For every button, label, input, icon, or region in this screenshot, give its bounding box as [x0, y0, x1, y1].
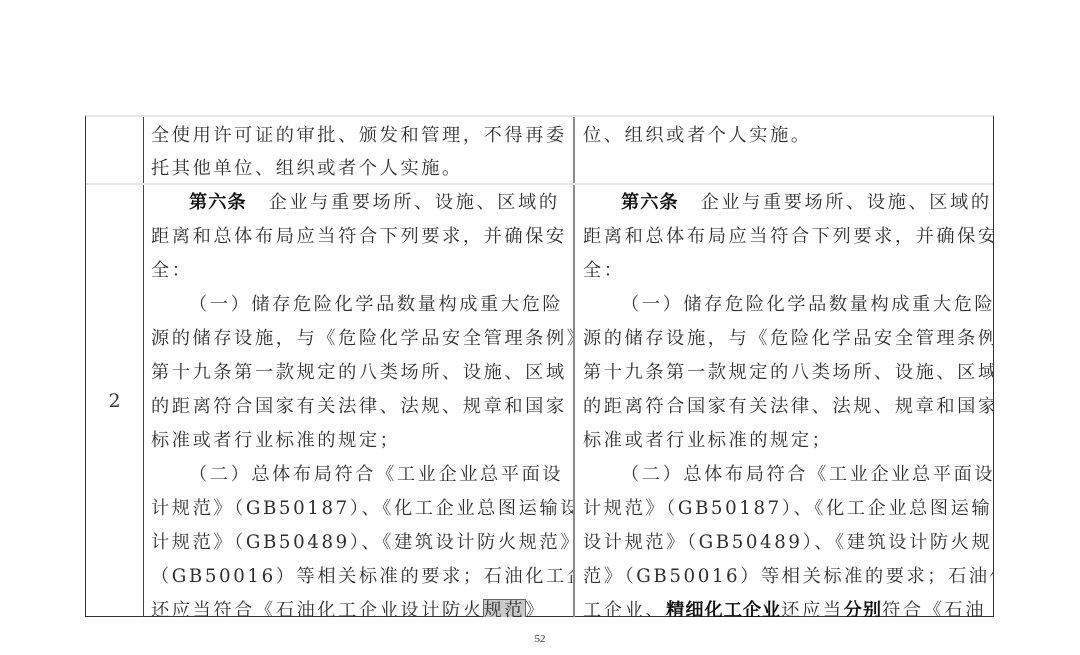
row-number: 2: [108, 390, 120, 412]
text-line: 的距离符合国家有关法律、法规、规章和国家: [151, 390, 567, 424]
comparison-table: 全使用许可证的审批、颁发和管理，不得再委 托其他单位、组织或者个人实施。 位、组…: [85, 115, 994, 617]
table-row: 全使用许可证的审批、颁发和管理，不得再委 托其他单位、组织或者个人实施。 位、组…: [86, 117, 993, 185]
text-line: （二）总体布局符合《工业企业总平面设: [583, 458, 987, 492]
highlighted-text: 规范: [484, 600, 526, 617]
text-line: 第十九条第一款规定的八类场所、设施、区域: [583, 356, 987, 390]
text-line: 第十九条第一款规定的八类场所、设施、区域: [151, 356, 567, 390]
page-number: 52: [0, 633, 1080, 645]
text-line: 距离和总体布局应当符合下列要求，并确保安: [151, 220, 567, 254]
text-line: 全使用许可证的审批、颁发和管理，不得再委: [151, 119, 567, 152]
new-text-cell: 第六条企业与重要场所、设施、区域的 距离和总体布局应当符合下列要求，并确保安 全…: [575, 185, 993, 617]
text-line: （二）总体布局符合《工业企业总平面设: [151, 458, 567, 492]
text-line: 工企业、精细化工企业还应当分别符合《石油: [583, 594, 987, 617]
text-line: 标准或者行业标准的规定；: [583, 424, 987, 458]
text-line: （一）储存危险化学品数量构成重大危险: [583, 288, 987, 322]
text-line: 标准或者行业标准的规定；: [151, 424, 567, 458]
text-span: 》: [525, 600, 546, 617]
text-line: 位、组织或者个人实施。: [583, 119, 987, 152]
article-heading-line: 第六条企业与重要场所、设施、区域的: [583, 186, 987, 220]
text-line: 范》（GB50016）等相关标准的要求；石油化: [583, 560, 987, 594]
text-span: 还应当: [781, 600, 843, 617]
row-number-cell: 2: [86, 185, 144, 617]
old-text-cell: 第六条企业与重要场所、设施、区域的 距离和总体布局应当符合下列要求，并确保安 全…: [144, 185, 575, 617]
text-line: 的距离符合国家有关法律、法规、规章和国家: [583, 390, 987, 424]
text-line: 设计规范》（GB50489）、《建筑设计防火规: [583, 526, 987, 560]
text-span: 符合《石油: [882, 600, 986, 617]
text-line: （一）储存危险化学品数量构成重大危险: [151, 288, 567, 322]
new-text-cell: 位、组织或者个人实施。: [575, 117, 993, 183]
text-line: 计规范》（GB50489）、《建筑设计防火规范》: [151, 526, 567, 560]
text-span: 企业与重要场所、设施、区域的: [701, 192, 992, 213]
old-text-cell: 全使用许可证的审批、颁发和管理，不得再委 托其他单位、组织或者个人实施。: [144, 117, 575, 183]
article-title: 第六条: [621, 192, 679, 213]
text-line: 计规范》（GB50187）、《化工企业总图运输设: [151, 492, 567, 526]
bold-inserted-text: 分别: [844, 600, 882, 617]
table-row: 2 第六条企业与重要场所、设施、区域的 距离和总体布局应当符合下列要求，并确保安…: [86, 185, 993, 617]
article-title: 第六条: [189, 192, 247, 213]
text-line: 计规范》（GB50187）、《化工企业总图运输: [583, 492, 987, 526]
text-line: 托其他单位、组织或者个人实施。: [151, 152, 567, 183]
text-line: 还应当符合《石油化工企业设计防火规范》: [151, 594, 567, 617]
text-line: 源的储存设施，与《危险化学品安全管理条例》: [583, 322, 987, 356]
row-number-cell: [86, 117, 144, 183]
document-page: 全使用许可证的审批、颁发和管理，不得再委 托其他单位、组织或者个人实施。 位、组…: [0, 0, 1080, 655]
text-line: 源的储存设施，与《危险化学品安全管理条例》: [151, 322, 567, 356]
text-span: 企业与重要场所、设施、区域的: [269, 192, 560, 213]
text-span: 工企业、: [583, 600, 666, 617]
text-line: （GB50016）等相关标准的要求；石油化工企业: [151, 560, 567, 594]
article-heading-line: 第六条企业与重要场所、设施、区域的: [151, 186, 567, 220]
bold-inserted-text: 精细化工企业: [666, 600, 781, 617]
text-line: 距离和总体布局应当符合下列要求，并确保安: [583, 220, 987, 254]
text-line: 全：: [151, 254, 567, 288]
text-line: 全：: [583, 254, 987, 288]
text-span: 还应当符合《石油化工企业设计防火: [151, 600, 484, 617]
